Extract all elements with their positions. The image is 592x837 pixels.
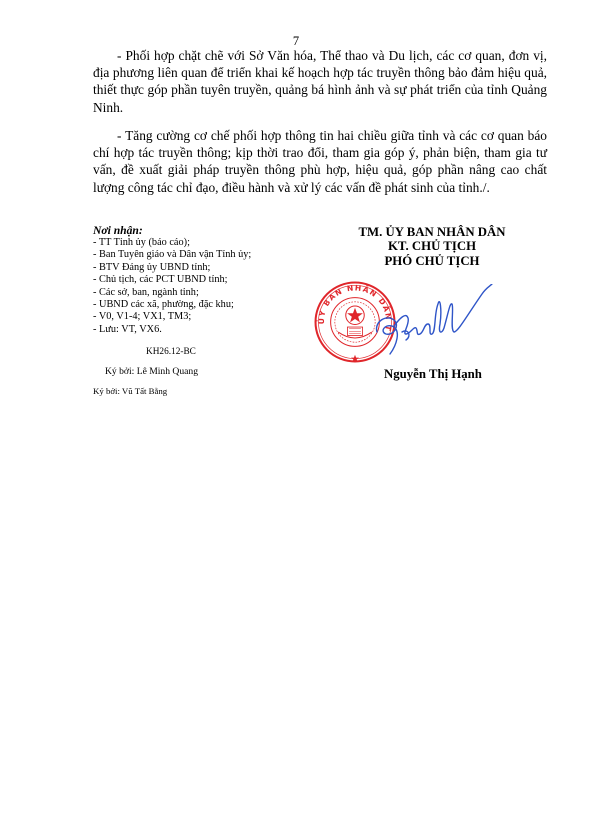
recipient-item: - UBND các xã, phường, đặc khu; — [93, 299, 251, 311]
recipient-item: - Ban Tuyên giáo và Dân vận Tỉnh ủy; — [93, 249, 251, 261]
recipient-item: - Lưu: VT, VX6. — [93, 324, 251, 336]
recipient-item: - Các sở, ban, ngành tỉnh; — [93, 287, 251, 299]
digital-signature-label: Ký bởi: Lê Minh Quang — [105, 366, 198, 377]
recipient-item: - BTV Đảng ủy UBND tỉnh; — [93, 262, 251, 274]
body-paragraph-2: - Tăng cường cơ chế phối hợp thông tin h… — [93, 127, 547, 196]
recipients-list: Nơi nhận: - TT Tỉnh ủy (báo cáo); - Ban … — [93, 224, 251, 336]
body-paragraph-1: - Phối hợp chặt chẽ với Sở Văn hóa, Thể … — [93, 47, 547, 116]
signature-title-block: TM. ỦY BAN NHÂN DÂN KT. CHỦ TỊCH PHÓ CHỦ… — [332, 225, 532, 268]
signature-title-line: TM. ỦY BAN NHÂN DÂN — [332, 225, 532, 239]
handwritten-signature — [372, 284, 494, 366]
signature-title-line: PHÓ CHỦ TỊCH — [332, 254, 532, 268]
recipient-item: - Chủ tịch, các PCT UBND tỉnh; — [93, 274, 251, 286]
recipients-title: Nơi nhận: — [93, 224, 251, 237]
recipient-item: - V0, V1-4; VX1, TM3; — [93, 311, 251, 323]
document-code: KH26.12-BC — [146, 347, 196, 357]
recipient-item: - TT Tỉnh ủy (báo cáo); — [93, 237, 251, 249]
signer-name: Nguyễn Thị Hạnh — [384, 367, 482, 382]
digital-signature-label: Ký bởi: Vũ Tất Bằng — [93, 386, 167, 396]
signature-title-line: KT. CHỦ TỊCH — [332, 239, 532, 253]
